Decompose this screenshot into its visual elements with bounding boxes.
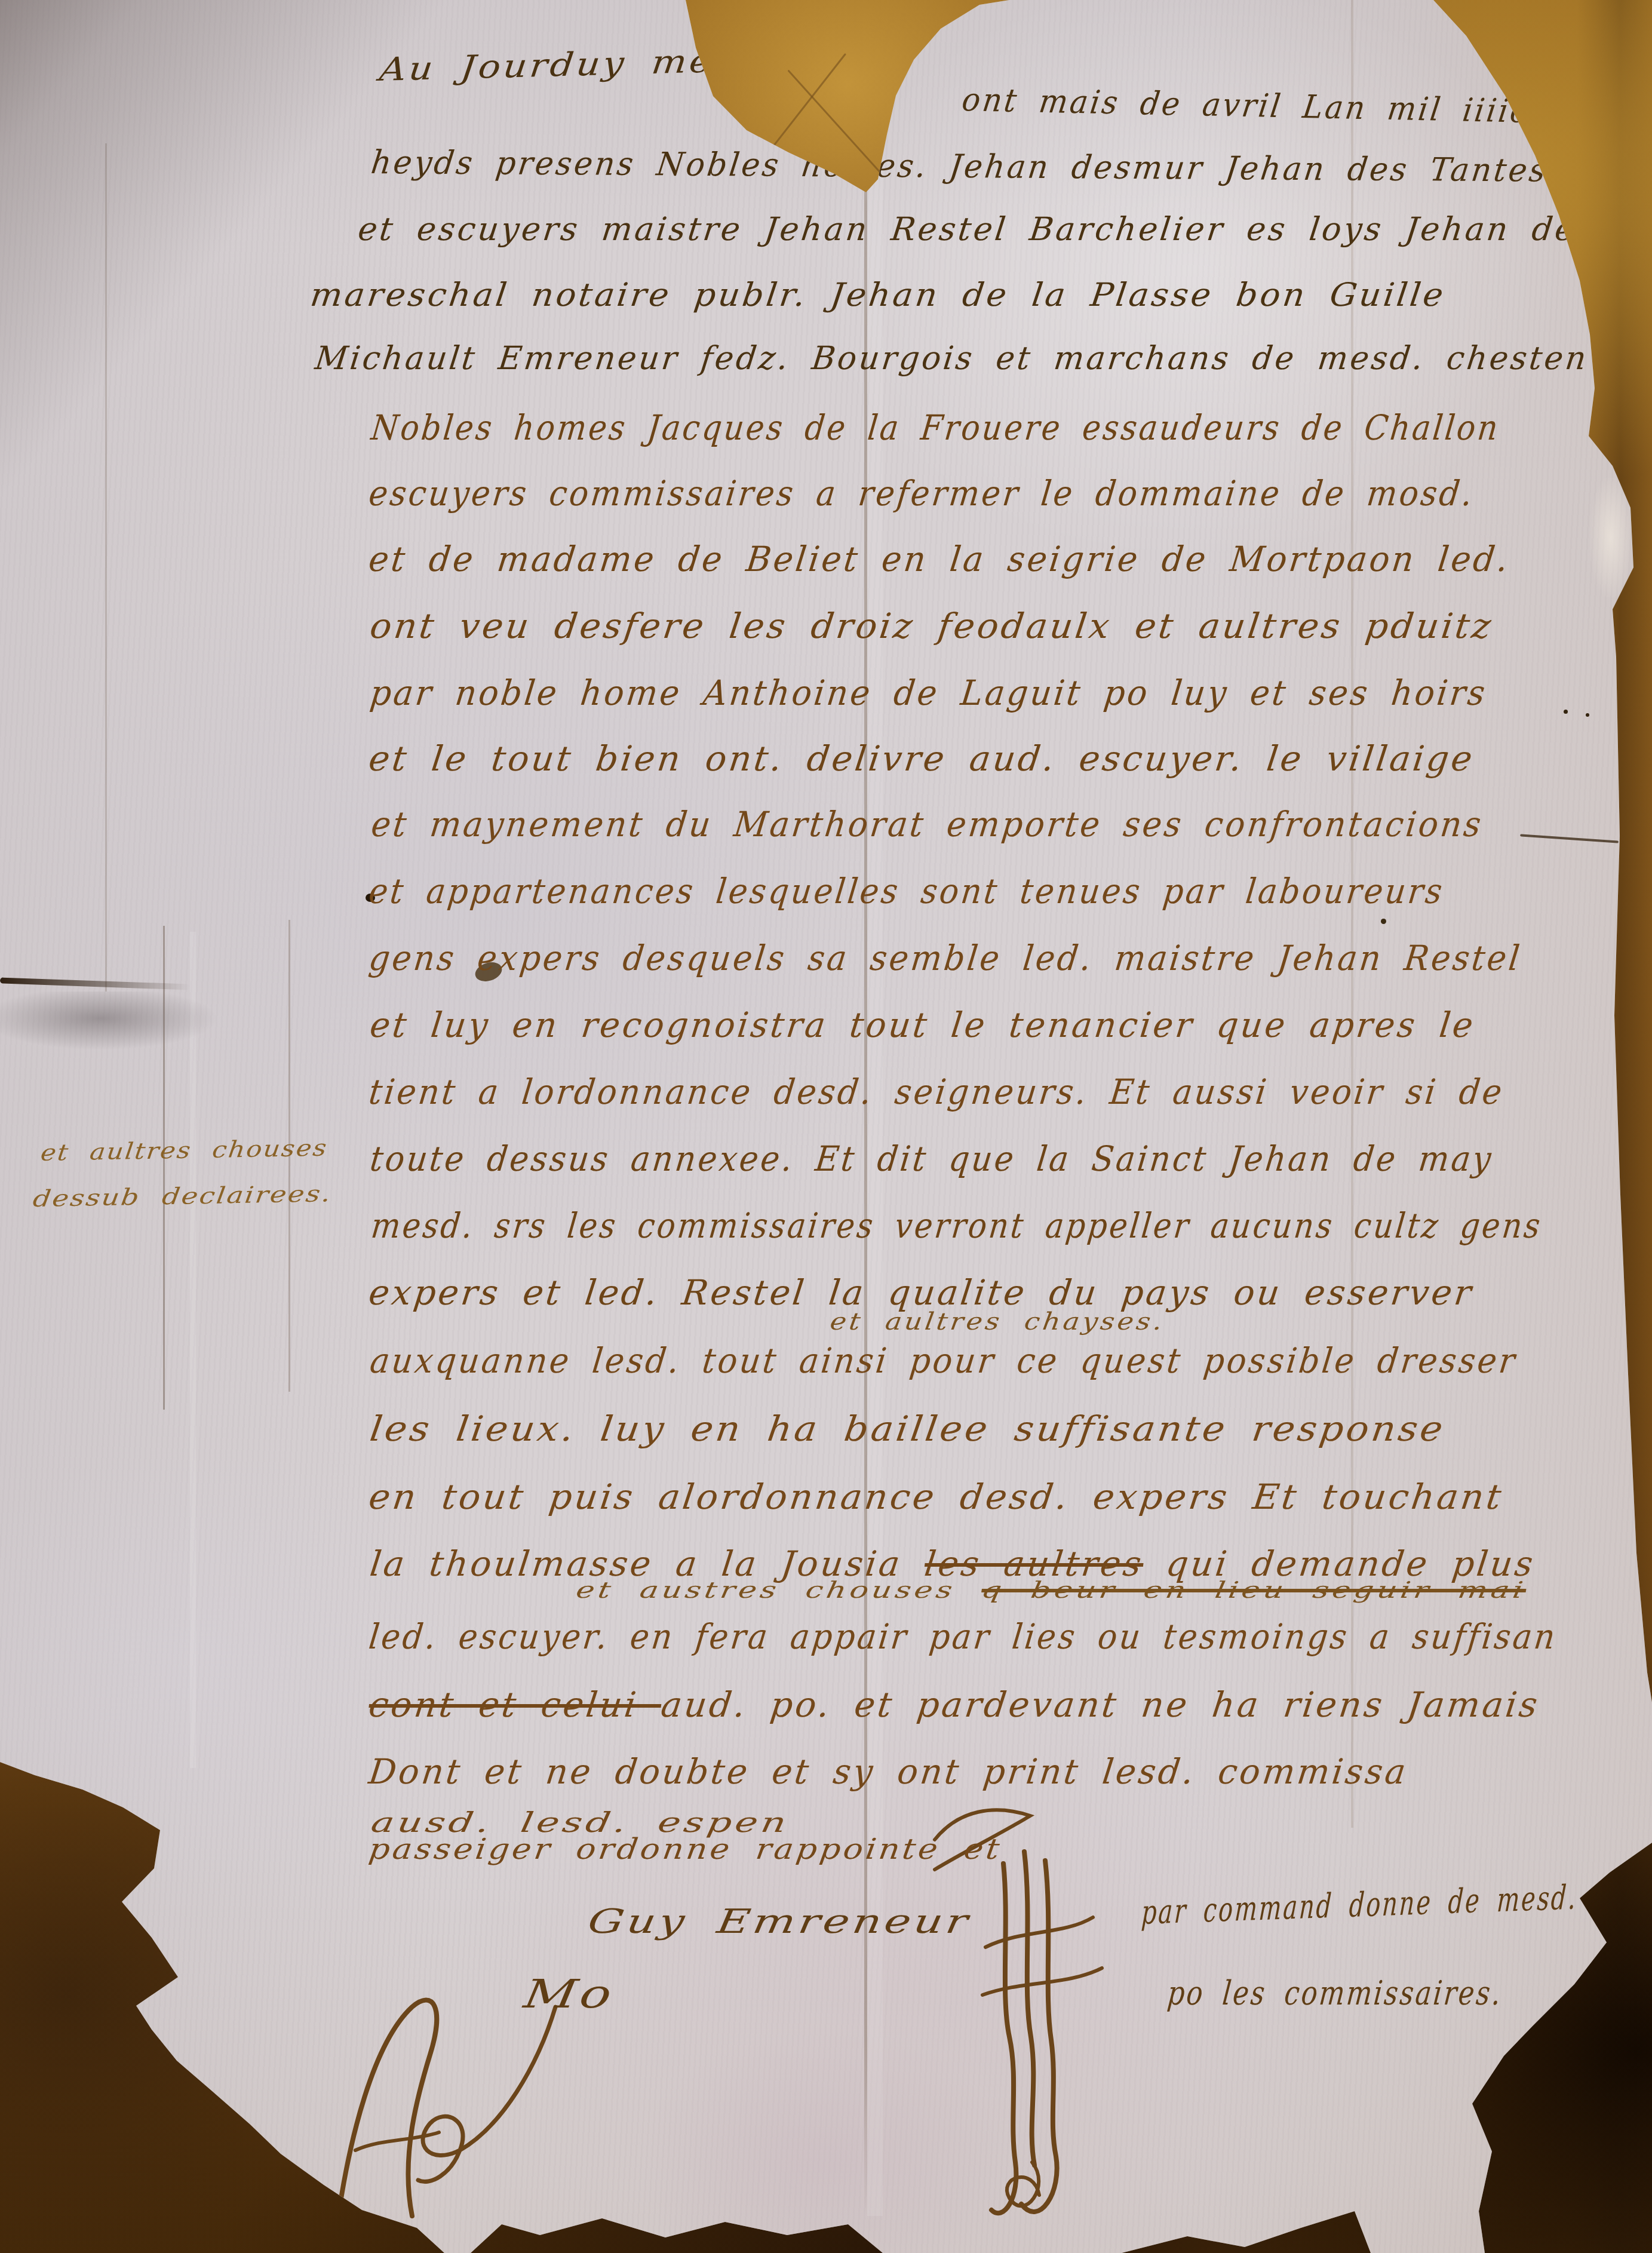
interlinear-text-line: et aultres chayses. xyxy=(830,1308,1121,1336)
body-text-line: et maynement du Marthorat emporte ses co… xyxy=(371,804,1549,845)
paper-sheet: Au Jourduy meont mais de avril Lan mil i… xyxy=(0,0,1652,2253)
opening-text-line: Au Jourduy me xyxy=(379,43,673,88)
body-text-line: expers et led. Restel la qualite du pays… xyxy=(369,1272,1476,1313)
text-segment: par noble home Anthoine de Laguit po luy… xyxy=(368,673,1490,713)
fold-crease-left xyxy=(105,143,107,992)
body-text-line: et appartenances lesquelles sont tenues … xyxy=(369,871,1533,911)
body-text-line: et luy en recognoistra tout le tenancier… xyxy=(370,1005,1499,1045)
notary-paraph-flourish xyxy=(968,1840,1123,2234)
text-segment: po les commissaires. xyxy=(1166,1974,1504,2013)
body-text-line: en tout puis alordonnance desd. expers E… xyxy=(369,1477,1465,1517)
fold-crease-left xyxy=(163,926,165,1410)
text-segment: Nobles homes Jacques de la Frouere essau… xyxy=(369,407,1502,448)
text-segment: et luy en recognoistra tout le tenancier… xyxy=(368,1005,1478,1045)
text-segment: dessub declairees. xyxy=(31,1180,333,1212)
text-segment: escuyers commissaires a refermer le domm… xyxy=(367,473,1476,514)
margin-text-line: et aultres chouses xyxy=(41,1135,291,1166)
text-segment: et aultres chouses xyxy=(39,1135,330,1166)
text-segment: les lieux. luy en ha baillee suffisante … xyxy=(367,1408,1448,1449)
text-segment: et escuyers maistre Jehan Restel Barchel… xyxy=(356,210,1579,248)
text-segment: gens expers desquels sa semble led. mais… xyxy=(367,938,1524,978)
body-text-line: ont veu desfere les droiz feodaulx et au… xyxy=(370,606,1464,646)
body-text-line: Dont et ne doubte et sy ont print lesd. … xyxy=(369,1751,1424,1792)
body-text-line: toute dessus annexee. Et dit que la Sain… xyxy=(370,1138,1584,1179)
text-segment: aud. po. et pardevant ne ha riens Jamais xyxy=(659,1684,1542,1725)
opening-text-line: ont mais de avril Lan mil iiiic xyxy=(962,81,1571,131)
closing-text-line: po les commissaires. xyxy=(1168,1974,1586,2013)
text-segment: et de madame de Beliet en la seigrie de … xyxy=(367,539,1513,579)
struck-text-segment: cont et celui xyxy=(367,1684,664,1725)
tear-shadow xyxy=(0,992,334,1081)
text-segment: Dont et ne doubte et sy ont print lesd. … xyxy=(367,1751,1410,1792)
body-text-line: gens expers desquels sa semble led. mais… xyxy=(369,938,1592,978)
body-text-line: tient a lordonnance desd. seigneurs. Et … xyxy=(369,1072,1576,1112)
body-text-line: passeiger ordonne rappointe et xyxy=(369,1833,927,1866)
closing-text-line: Guy Emreneur xyxy=(588,1902,875,1941)
text-segment: en tout puis alordonnance desd. expers E… xyxy=(367,1477,1506,1517)
paper-seam xyxy=(190,932,196,1768)
text-segment: auxquanne lesd. tout ainsi pour ce quest… xyxy=(368,1340,1519,1381)
text-segment: mareschal notaire publr. Jehan de la Pla… xyxy=(308,276,1448,314)
opening-text-line: heyds presens Nobles homes. Jehan desmur… xyxy=(371,143,1607,189)
struck-text-segment: q beur en lieu seguir mai xyxy=(979,1577,1528,1603)
text-segment: Guy Emreneur xyxy=(585,1902,974,1941)
left-paraph-flourish xyxy=(323,1989,466,2228)
text-segment: Au Jourduy me xyxy=(377,42,716,88)
body-text-line: auxquanne lesd. tout ainsi pour ce quest… xyxy=(370,1340,1594,1381)
text-segment: par command donne de mesd. xyxy=(1140,1878,1578,1932)
body-text-line: par noble home Anthoine de Laguit po luy… xyxy=(370,673,1544,713)
opening-text-line: Michault Emreneur fedz. Bourgois et marc… xyxy=(315,339,1611,377)
text-segment: toute dessus annexee. Et dit que la Sain… xyxy=(368,1138,1496,1179)
text-segment: led. escuyer. en fera appair par lies ou… xyxy=(367,1616,1559,1657)
text-segment: et le tout bien ont. delivre aud. escuye… xyxy=(367,738,1477,779)
closing-text-line: Mo xyxy=(524,1971,593,2017)
body-text-line: Nobles homes Jacques de la Frouere essau… xyxy=(371,407,1635,448)
text-segment: et appartenances lesquelles sont tenues … xyxy=(367,871,1447,911)
text-segment: heyds presens Nobles homes. Jehan desmur… xyxy=(369,143,1563,189)
text-segment: et austres chouses xyxy=(574,1577,984,1603)
tear-mark xyxy=(0,977,190,990)
ink-blot xyxy=(1586,713,1589,717)
ink-blot xyxy=(1564,710,1568,714)
body-text-line: escuyers commissaires a refermer le domm… xyxy=(369,473,1573,514)
closing-text-line: par command donne de mesd. xyxy=(1141,1872,1652,1932)
ink-blot xyxy=(1381,919,1386,924)
body-text-line: cont et celui aud. po. et pardevant ne h… xyxy=(369,1684,1533,1725)
body-text-line: mesd. srs les commissaires verront appel… xyxy=(371,1205,1652,1246)
text-segment: et maynement du Marthorat emporte ses co… xyxy=(369,804,1485,845)
text-segment: mesd. srs les commissaires verront appel… xyxy=(369,1205,1544,1246)
text-segment: expers et led. Restel la qualite du pays… xyxy=(367,1272,1476,1313)
text-segment: ont mais de avril Lan mil iiiic xyxy=(960,81,1532,130)
body-text-line: et de madame de Beliet en la seigrie de … xyxy=(369,539,1548,579)
text-segment: tient a lordonnance desd. seigneurs. Et … xyxy=(367,1072,1506,1112)
opening-text-line: mareschal notaire publr. Jehan de la Pla… xyxy=(311,276,1402,314)
text-segment: ont veu desfere les droiz feodaulx et au… xyxy=(368,606,1496,646)
body-text-line: et le tout bien ont. delivre aud. escuye… xyxy=(369,738,1464,779)
text-segment: Mo xyxy=(521,1971,618,2017)
initial-tail-flourish xyxy=(394,1995,573,2192)
manuscript-photograph: Au Jourduy meont mais de avril Lan mil i… xyxy=(0,0,1652,2253)
text-segment: passeiger ordonne rappointe et xyxy=(367,1833,1004,1866)
text-segment: et aultres chayses. xyxy=(828,1308,1167,1336)
body-text-line: les lieux. luy en ha baillee suffisante … xyxy=(370,1408,1360,1449)
body-text-line: led. escuyer. en fera appair par lies ou… xyxy=(369,1616,1652,1657)
margin-text-line: dessub declairees. xyxy=(33,1181,277,1212)
interlinear-text-line: et austres chouses q beur en lieu seguir… xyxy=(576,1577,1269,1603)
opening-text-line: et escuyers maistre Jehan Restel Barchel… xyxy=(358,210,1579,248)
text-segment: Michault Emreneur fedz. Bourgois et marc… xyxy=(313,339,1590,377)
